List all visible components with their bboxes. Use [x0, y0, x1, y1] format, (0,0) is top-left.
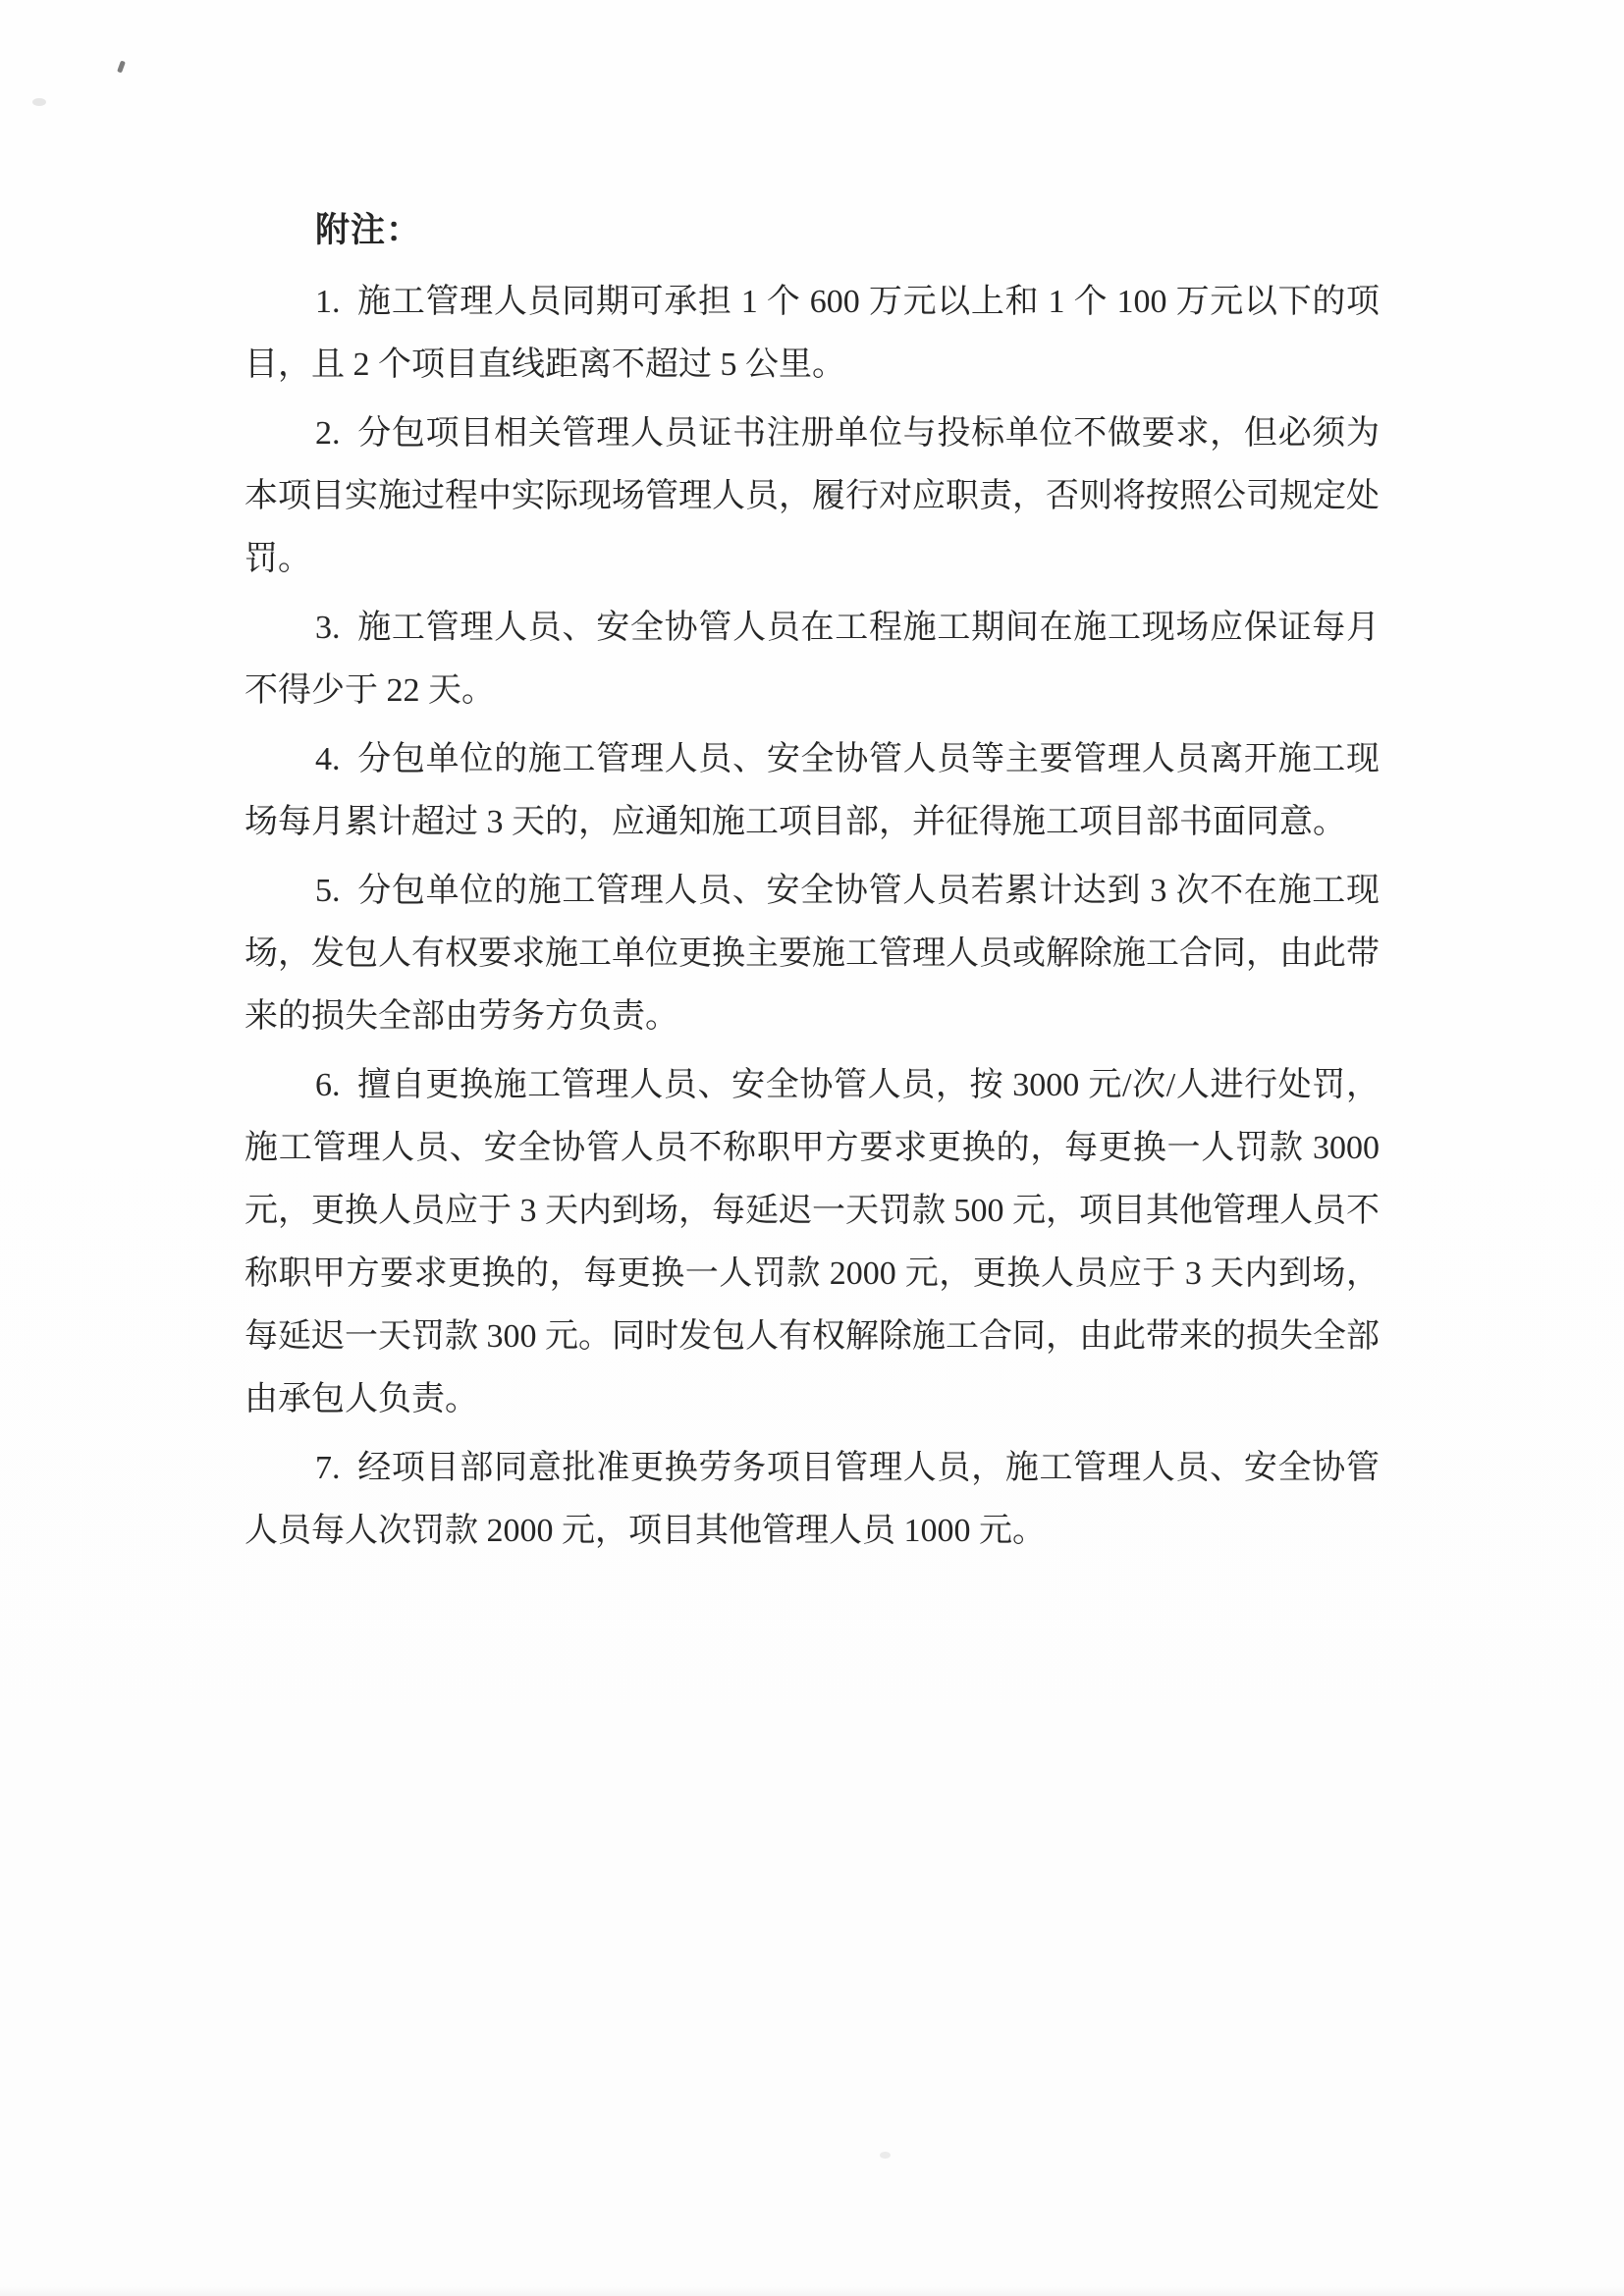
note-number: 2. — [315, 402, 341, 465]
note-text: 分包单位的施工管理人员、安全协管人员等主要管理人员离开施工现场每月累计超过 3 … — [244, 741, 1380, 840]
note-item-2: 2.分包项目相关管理人员证书注册单位与投标单位不做要求，但必须为本项目实施过程中… — [244, 402, 1380, 591]
note-number: 3. — [315, 597, 341, 660]
note-number: 7. — [315, 1437, 341, 1500]
document-content: 附注： 1.施工管理人员同期可承担 1 个 600 万元以上和 1 个 100 … — [244, 199, 1380, 1569]
scanned-document-page: 附注： 1.施工管理人员同期可承担 1 个 600 万元以上和 1 个 100 … — [0, 0, 1624, 2296]
note-item-1: 1.施工管理人员同期可承担 1 个 600 万元以上和 1 个 100 万元以下… — [244, 271, 1380, 397]
note-item-4: 4.分包单位的施工管理人员、安全协管人员等主要管理人员离开施工现场每月累计超过 … — [244, 728, 1380, 854]
page-bottom-edge — [0, 2286, 1624, 2296]
note-number: 4. — [315, 728, 341, 791]
note-number: 6. — [315, 1054, 341, 1117]
note-text: 施工管理人员、安全协管人员在工程施工期间在施工现场应保证每月不得少于 22 天。 — [244, 610, 1380, 709]
note-text: 经项目部同意批准更换劳务项目管理人员，施工管理人员、安全协管人员每人次罚款 20… — [244, 1450, 1380, 1549]
scan-speck — [32, 98, 46, 106]
note-number: 5. — [315, 860, 341, 923]
notes-heading: 附注： — [315, 199, 1380, 262]
note-item-6: 6.擅自更换施工管理人员、安全协管人员，按 3000 元/次/人进行处罚，施工管… — [244, 1054, 1380, 1431]
note-text: 分包单位的施工管理人员、安全协管人员若累计达到 3 次不在施工现场，发包人有权要… — [244, 873, 1380, 1035]
note-item-5: 5.分包单位的施工管理人员、安全协管人员若累计达到 3 次不在施工现场，发包人有… — [244, 860, 1380, 1048]
note-number: 1. — [315, 271, 341, 334]
note-item-3: 3.施工管理人员、安全协管人员在工程施工期间在施工现场应保证每月不得少于 22 … — [244, 597, 1380, 722]
note-text: 分包项目相关管理人员证书注册单位与投标单位不做要求，但必须为本项目实施过程中实际… — [244, 415, 1380, 577]
note-item-7: 7.经项目部同意批准更换劳务项目管理人员，施工管理人员、安全协管人员每人次罚款 … — [244, 1437, 1380, 1563]
scan-speck — [117, 61, 126, 74]
note-text: 擅自更换施工管理人员、安全协管人员，按 3000 元/次/人进行处罚，施工管理人… — [244, 1067, 1380, 1417]
scan-speck — [880, 2152, 891, 2159]
note-text: 施工管理人员同期可承担 1 个 600 万元以上和 1 个 100 万元以下的项… — [244, 284, 1380, 383]
